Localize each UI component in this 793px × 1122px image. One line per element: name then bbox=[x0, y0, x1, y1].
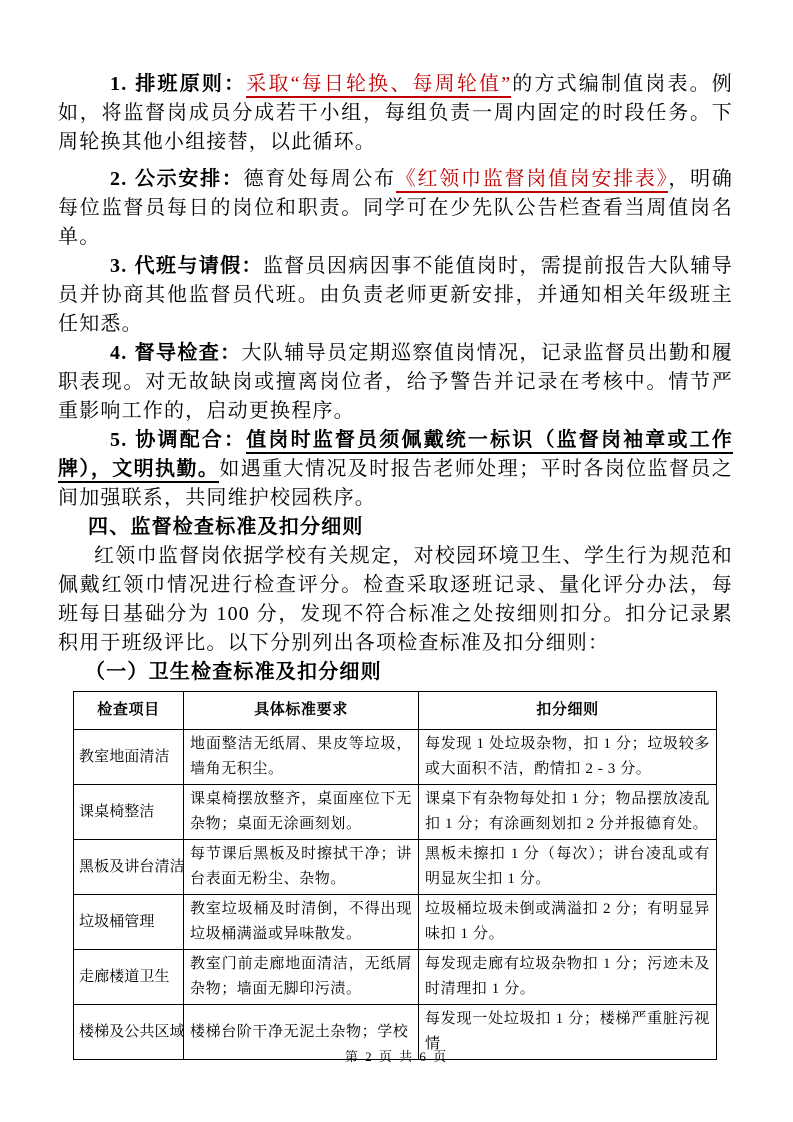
inspection-table: 检查项目 具体标准要求 扣分细则 教室地面清洁 地面整洁无纸屑、果皮等垃圾，墙角… bbox=[73, 691, 717, 1060]
cell-deduction: 黑板未擦扣 1 分（每次）；讲台凌乱或有明显灰尘扣 1 分。 bbox=[419, 840, 717, 895]
item-label: 代班与请假： bbox=[134, 255, 262, 277]
duty-item-4: 4.督导检查：大队辅导员定期巡察值岗情况，记录监督员出勤和履职表现。对无故缺岗或… bbox=[58, 339, 733, 426]
cell-standard: 地面整洁无纸屑、果皮等垃圾，墙角无积尘。 bbox=[184, 730, 419, 785]
item-text: 德育处每周公布 bbox=[244, 168, 396, 190]
item-number: 2. bbox=[110, 168, 127, 190]
duty-item-3: 3.代班与请假：监督员因病因事不能值岗时，需提前报告大队辅导员并协商其他监督员代… bbox=[58, 252, 733, 339]
item-label: 督导检查： bbox=[134, 342, 241, 364]
cell-deduction: 课桌下有杂物每处扣 1 分；物品摆放凌乱扣 1 分；有涂画刻划扣 2 分并报德育… bbox=[419, 785, 717, 840]
duty-item-5: 5.协调配合：值岗时监督员须佩戴统一标识（监督岗袖章或工作牌），文明执勤。如遇重… bbox=[58, 426, 733, 513]
table-row: 垃圾桶管理 教室垃圾桶及时清倒，不得出现垃圾桶满溢或异味散发。 垃圾桶垃圾未倒或… bbox=[74, 895, 717, 950]
duty-item-1: 1.排班原则：采取“每日轮换、每周轮值”的方式编制值岗表。例如，将监督岗成员分成… bbox=[58, 70, 733, 157]
cell-item: 黑板及讲台清洁 bbox=[74, 840, 184, 895]
table-row: 走廊楼道卫生 教室门前走廊地面清洁，无纸屑杂物；墙面无脚印污渍。 每发现走廊有垃… bbox=[74, 950, 717, 1005]
section-paragraph: 红领巾监督岗依据学校有关规定，对校园环境卫生、学生行为规范和佩戴红领巾情况进行检… bbox=[58, 542, 733, 658]
cell-item: 垃圾桶管理 bbox=[74, 895, 184, 950]
duty-item-2: 2.公示安排：德育处每周公布《红领巾监督岗值岗安排表》，明确每位监督员每日的岗位… bbox=[58, 165, 733, 252]
item-red-underline-text: 采取“每日轮换、每周轮值” bbox=[246, 73, 511, 98]
section-heading: 四、监督检查标准及扣分细则 bbox=[58, 513, 733, 542]
item-label: 公示安排： bbox=[134, 168, 243, 190]
cell-standard: 教室门前走廊地面清洁，无纸屑杂物；墙面无脚印污渍。 bbox=[184, 950, 419, 1005]
item-number: 1. bbox=[110, 73, 127, 95]
item-label: 协调配合： bbox=[134, 429, 246, 451]
cell-deduction: 垃圾桶垃圾未倒或满溢扣 2 分；有明显异味扣 1 分。 bbox=[419, 895, 717, 950]
cell-item: 教室地面清洁 bbox=[74, 730, 184, 785]
cell-standard: 教室垃圾桶及时清倒，不得出现垃圾桶满溢或异味散发。 bbox=[184, 895, 419, 950]
header-cell-standard: 具体标准要求 bbox=[184, 692, 419, 730]
document-page: 1.排班原则：采取“每日轮换、每周轮值”的方式编制值岗表。例如，将监督岗成员分成… bbox=[0, 0, 793, 1122]
document-content: 1.排班原则：采取“每日轮换、每周轮值”的方式编制值岗表。例如，将监督岗成员分成… bbox=[0, 0, 793, 1060]
table-row: 黑板及讲台清洁 每节课后黑板及时擦拭干净；讲台表面无粉尘、杂物。 黑板未擦扣 1… bbox=[74, 840, 717, 895]
page-footer: 第 2 页 共 6 页 bbox=[0, 1046, 793, 1065]
item-number: 4. bbox=[110, 342, 127, 364]
cell-deduction: 每发现走廊有垃圾杂物扣 1 分；污迹未及时清理扣 1 分。 bbox=[419, 950, 717, 1005]
cell-item: 走廊楼道卫生 bbox=[74, 950, 184, 1005]
table-row: 教室地面清洁 地面整洁无纸屑、果皮等垃圾，墙角无积尘。 每发现 1 处垃圾杂物，… bbox=[74, 730, 717, 785]
subsection-heading: （一）卫生检查标准及扣分细则 bbox=[58, 658, 733, 687]
item-number: 5. bbox=[110, 429, 127, 451]
item-number: 3. bbox=[110, 255, 127, 277]
header-cell-deduction: 扣分细则 bbox=[419, 692, 717, 730]
table-header-row: 检查项目 具体标准要求 扣分细则 bbox=[74, 692, 717, 730]
cell-standard: 每节课后黑板及时擦拭干净；讲台表面无粉尘、杂物。 bbox=[184, 840, 419, 895]
cell-deduction: 每发现 1 处垃圾杂物，扣 1 分；垃圾较多或大面积不洁，酌情扣 2 - 3 分… bbox=[419, 730, 717, 785]
cell-item: 课桌椅整洁 bbox=[74, 785, 184, 840]
item-red-underline-text: 《红领巾监督岗值岗安排表》 bbox=[396, 168, 669, 193]
cell-standard: 课桌椅摆放整齐，桌面座位下无杂物；桌面无涂画刻划。 bbox=[184, 785, 419, 840]
table-row: 课桌椅整洁 课桌椅摆放整齐，桌面座位下无杂物；桌面无涂画刻划。 课桌下有杂物每处… bbox=[74, 785, 717, 840]
item-label: 排班原则： bbox=[134, 73, 246, 95]
header-cell-item: 检查项目 bbox=[74, 692, 184, 730]
